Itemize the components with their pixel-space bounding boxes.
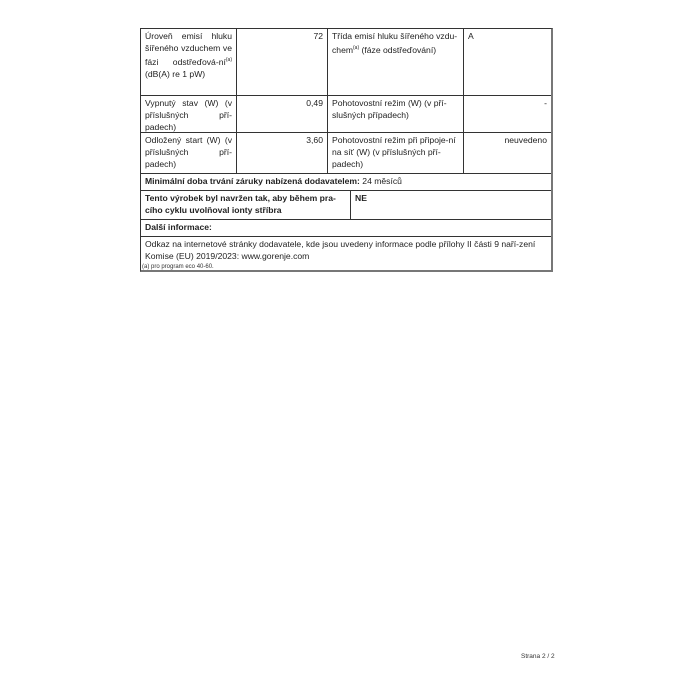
table-row: Vypnutý stav (W) (v příslušných pří-pade… — [141, 96, 551, 133]
delay-start-label: Odložený start (W) (v příslušných pří-pa… — [141, 133, 237, 173]
noise-level-label: Úroveň emisí hluku šířeného vzduchem ve … — [141, 29, 237, 95]
networked-standby-label: Pohotovostní režim při připoje-ní na síť… — [328, 133, 464, 173]
warranty-row: Minimální doba trvání záruky nabízená do… — [141, 174, 551, 190]
table-row: Odložený start (W) (v příslušných pří-pa… — [141, 133, 551, 174]
product-info-table: Úroveň emisí hluku šířeného vzduchem ve … — [140, 28, 553, 272]
warranty-label: Minimální doba trvání záruky nabízená do… — [145, 176, 360, 186]
standby-value: - — [464, 96, 551, 132]
noise-class-label: Třída emisí hluku šířeného vzdu-chem(a) … — [328, 29, 464, 95]
off-mode-value: 0,49 — [237, 96, 328, 132]
off-mode-label: Vypnutý stav (W) (v příslušných pří-pade… — [141, 96, 237, 132]
table-row: Minimální doba trvání záruky nabízená do… — [141, 174, 551, 191]
silver-ions-value: NE — [351, 191, 551, 219]
standby-label: Pohotovostní režim (W) (v pří-slušných p… — [328, 96, 464, 132]
warranty-value: 24 měsíců — [362, 176, 402, 186]
page-number: Strana 2 / 2 — [521, 653, 555, 660]
more-info-label: Další informace: — [141, 220, 551, 236]
networked-standby-value: neuvedeno — [464, 133, 551, 173]
table-row: Další informace: — [141, 220, 551, 237]
footnote: (a) pro program eco 40-60. — [142, 264, 214, 270]
table-row: Tento výrobek byl navržen tak, aby během… — [141, 191, 551, 220]
noise-level-value: 72 — [237, 29, 328, 95]
silver-ions-label: Tento výrobek byl navržen tak, aby během… — [141, 191, 351, 219]
noise-class-value: A — [464, 29, 551, 95]
delay-start-value: 3,60 — [237, 133, 328, 173]
table-row: Úroveň emisí hluku šířeného vzduchem ve … — [141, 29, 551, 96]
